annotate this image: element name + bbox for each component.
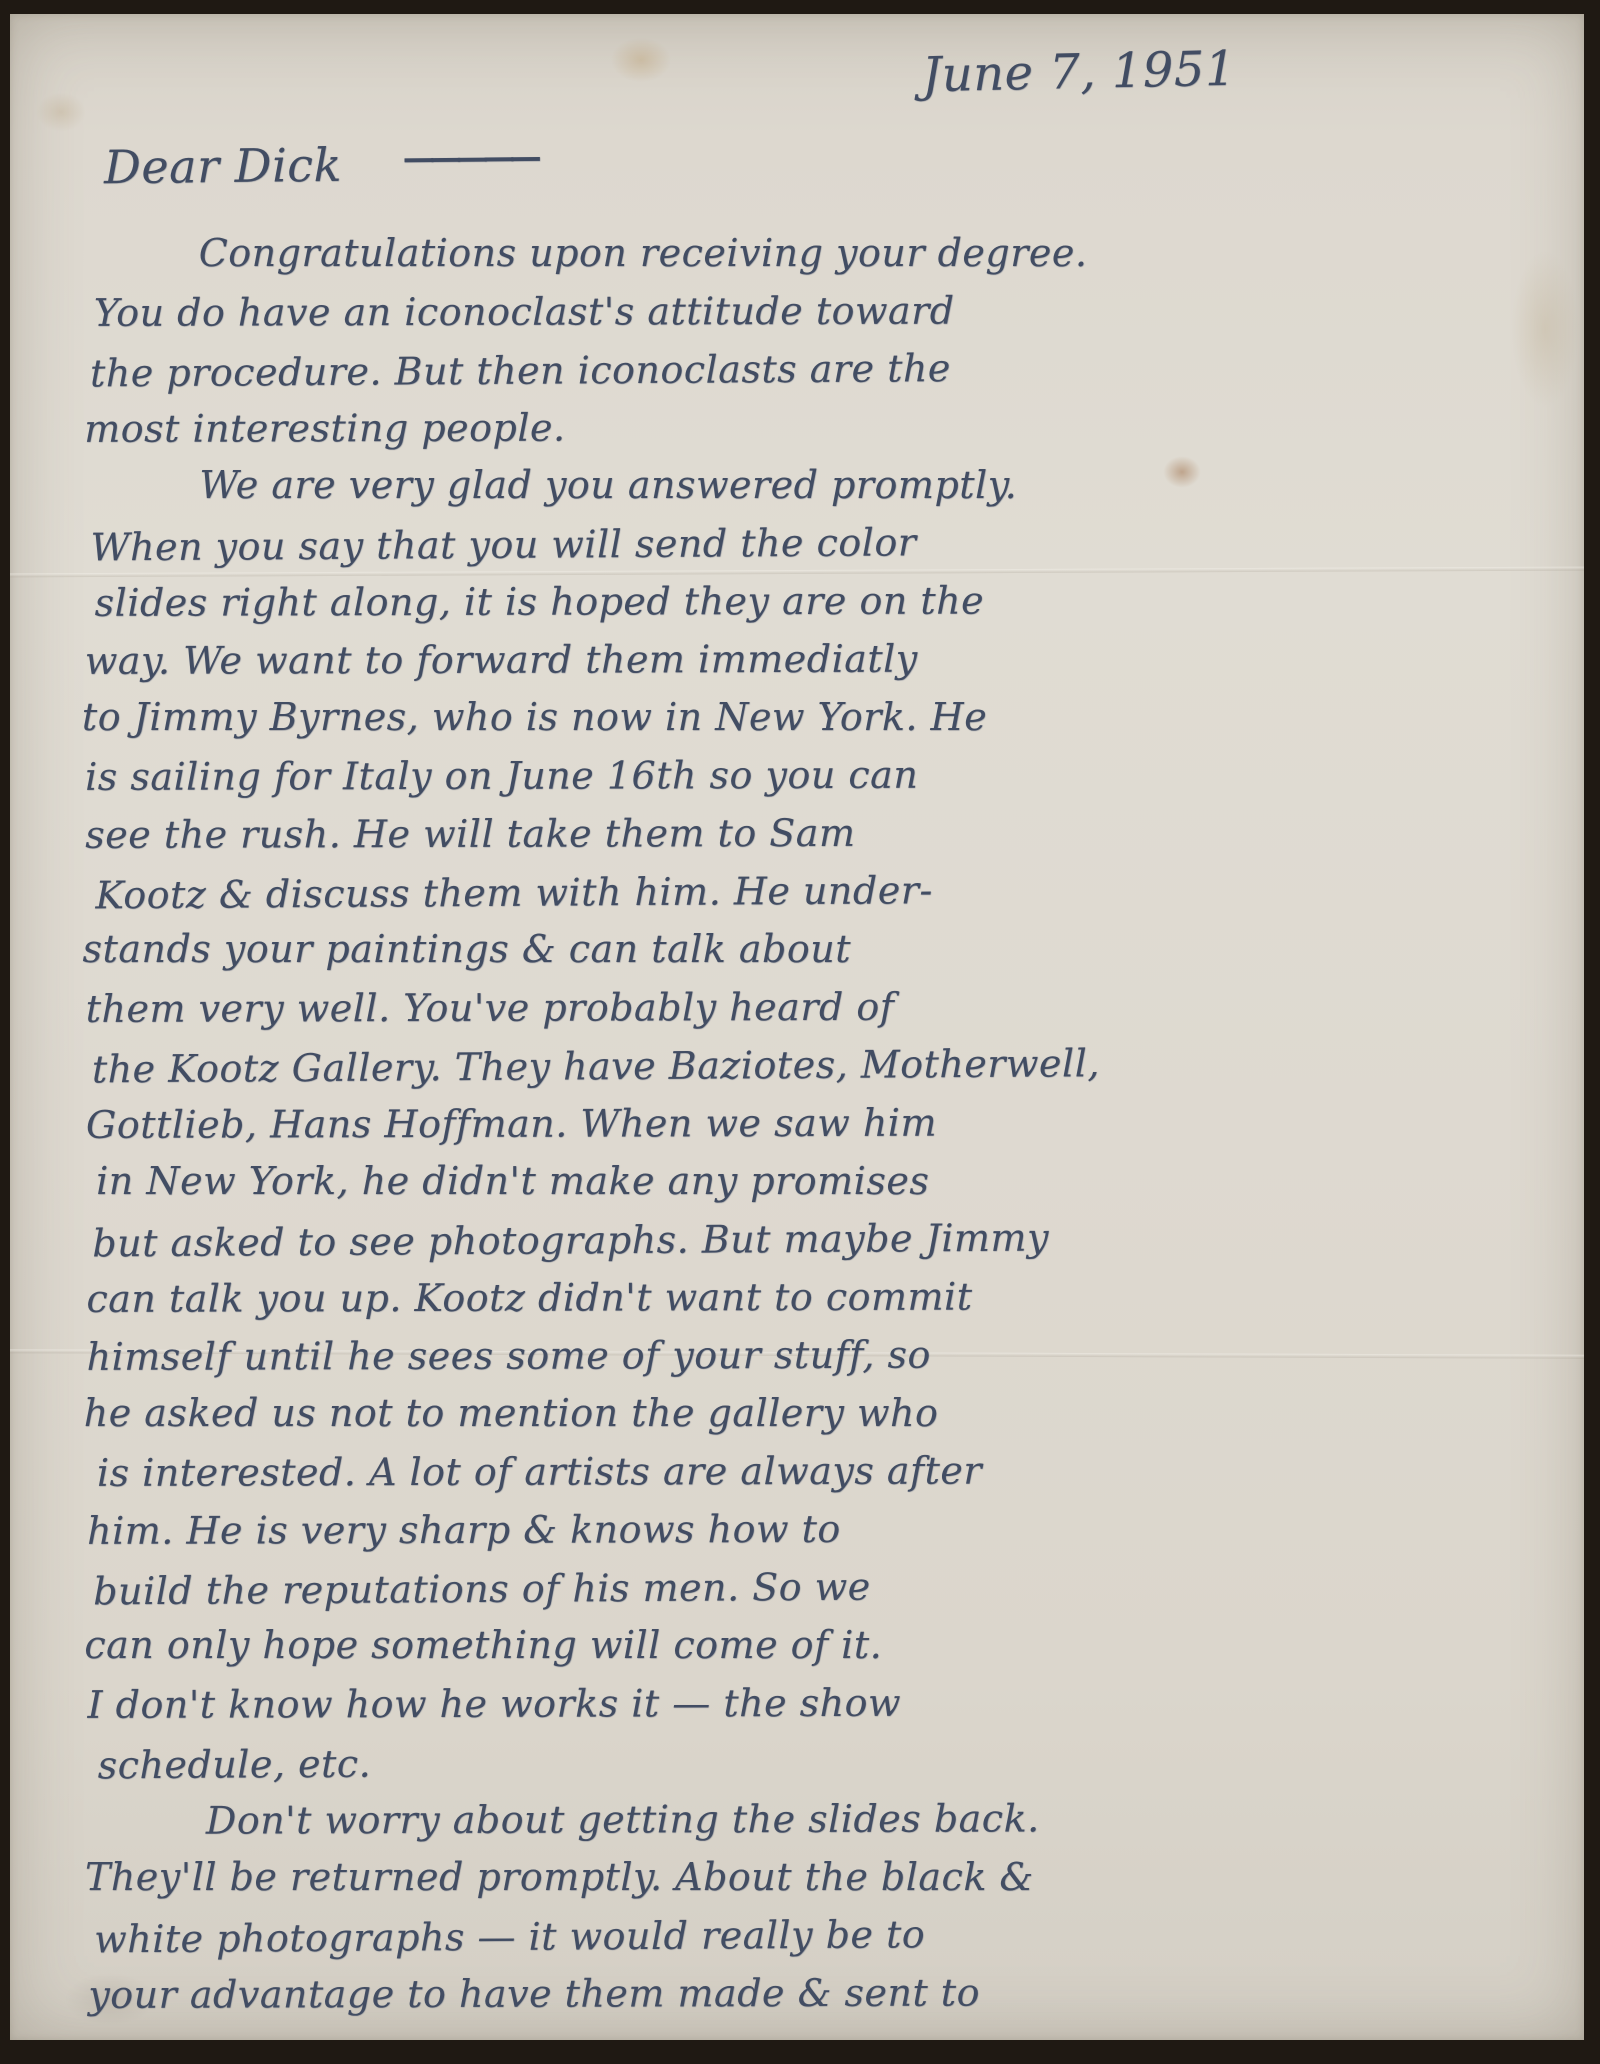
letter-salutation: Dear Dick ───── bbox=[104, 136, 539, 195]
letter-line: I don't know how he works it — the show bbox=[87, 1672, 1521, 1734]
letter-line: the Kootz Gallery. They have Baziotes, M… bbox=[92, 1032, 1520, 1099]
salutation-dash: ───── bbox=[405, 132, 539, 187]
letter-line: way. We want to forward them immediatly bbox=[85, 628, 1519, 690]
paper-stain bbox=[26, 84, 96, 140]
letter-line: can talk you up. Kootz didn't want to co… bbox=[86, 1266, 1520, 1328]
letter-line: Don't worry about getting the slides bac… bbox=[88, 1788, 1522, 1850]
letter-line: Gottlieb, Hans Hoffman. When we saw him bbox=[86, 1092, 1520, 1154]
letter-line: your advantage to have them made & sent … bbox=[88, 1962, 1522, 2024]
letter-body: Congratulations upon receiving your degr… bbox=[84, 222, 1523, 2024]
letter-paper: June 7, 1951 Dear Dick ───── Congratulat… bbox=[10, 14, 1584, 2040]
letter-line: When you say that you will send the colo… bbox=[90, 510, 1518, 577]
letter-line: is interested. A lot of artists are alwa… bbox=[97, 1440, 1521, 1502]
letter-line: build the reputations of his men. So we bbox=[93, 1554, 1521, 1621]
paper-stain bbox=[598, 28, 684, 92]
letter-line: Congratulations upon receiving your degr… bbox=[81, 224, 1518, 282]
letter-line: in New York, he didn't make any promises bbox=[96, 1152, 1520, 1210]
letter-line: to Jimmy Byrnes, who is now in New York.… bbox=[82, 688, 1519, 746]
letter-line: but asked to see photographs. But maybe … bbox=[92, 1206, 1520, 1273]
letter-line: him. He is very sharp & knows how to bbox=[87, 1498, 1521, 1560]
letter-line: slides right along, it is hoped they are… bbox=[95, 570, 1519, 632]
letter-line: They'll be returned promptly. About the … bbox=[85, 1848, 1522, 1906]
letter-line: stands your paintings & can talk about bbox=[83, 920, 1520, 978]
letter-line: is sailing for Italy on June 16th so you… bbox=[85, 744, 1519, 806]
letter-line: he asked us not to mention the gallery w… bbox=[84, 1384, 1521, 1442]
letter-line: You do have an iconoclast's attitude tow… bbox=[94, 280, 1518, 342]
letter-line: see the rush. He will take them to Sam bbox=[85, 802, 1519, 864]
letter-scan: June 7, 1951 Dear Dick ───── Congratulat… bbox=[0, 0, 1600, 2064]
letter-line: can only hope something will come of it. bbox=[84, 1616, 1521, 1674]
letter-line: Kootz & discuss them with him. He under- bbox=[95, 858, 1519, 925]
letter-line: white photographs — it would really be t… bbox=[94, 1902, 1522, 1969]
letter-line: schedule, etc. bbox=[98, 1728, 1522, 1795]
letter-line: them very well. You've probably heard of bbox=[86, 976, 1520, 1038]
letter-line: himself until he sees some of your stuff… bbox=[87, 1324, 1521, 1386]
letter-line: the procedure. But then iconoclasts are … bbox=[90, 336, 1518, 403]
letter-date: June 7, 1951 bbox=[921, 41, 1236, 104]
salutation-text: Dear Dick bbox=[104, 138, 342, 194]
letter-line: We are very glad you answered promptly. bbox=[81, 456, 1518, 514]
letter-line: most interesting people. bbox=[84, 396, 1518, 458]
